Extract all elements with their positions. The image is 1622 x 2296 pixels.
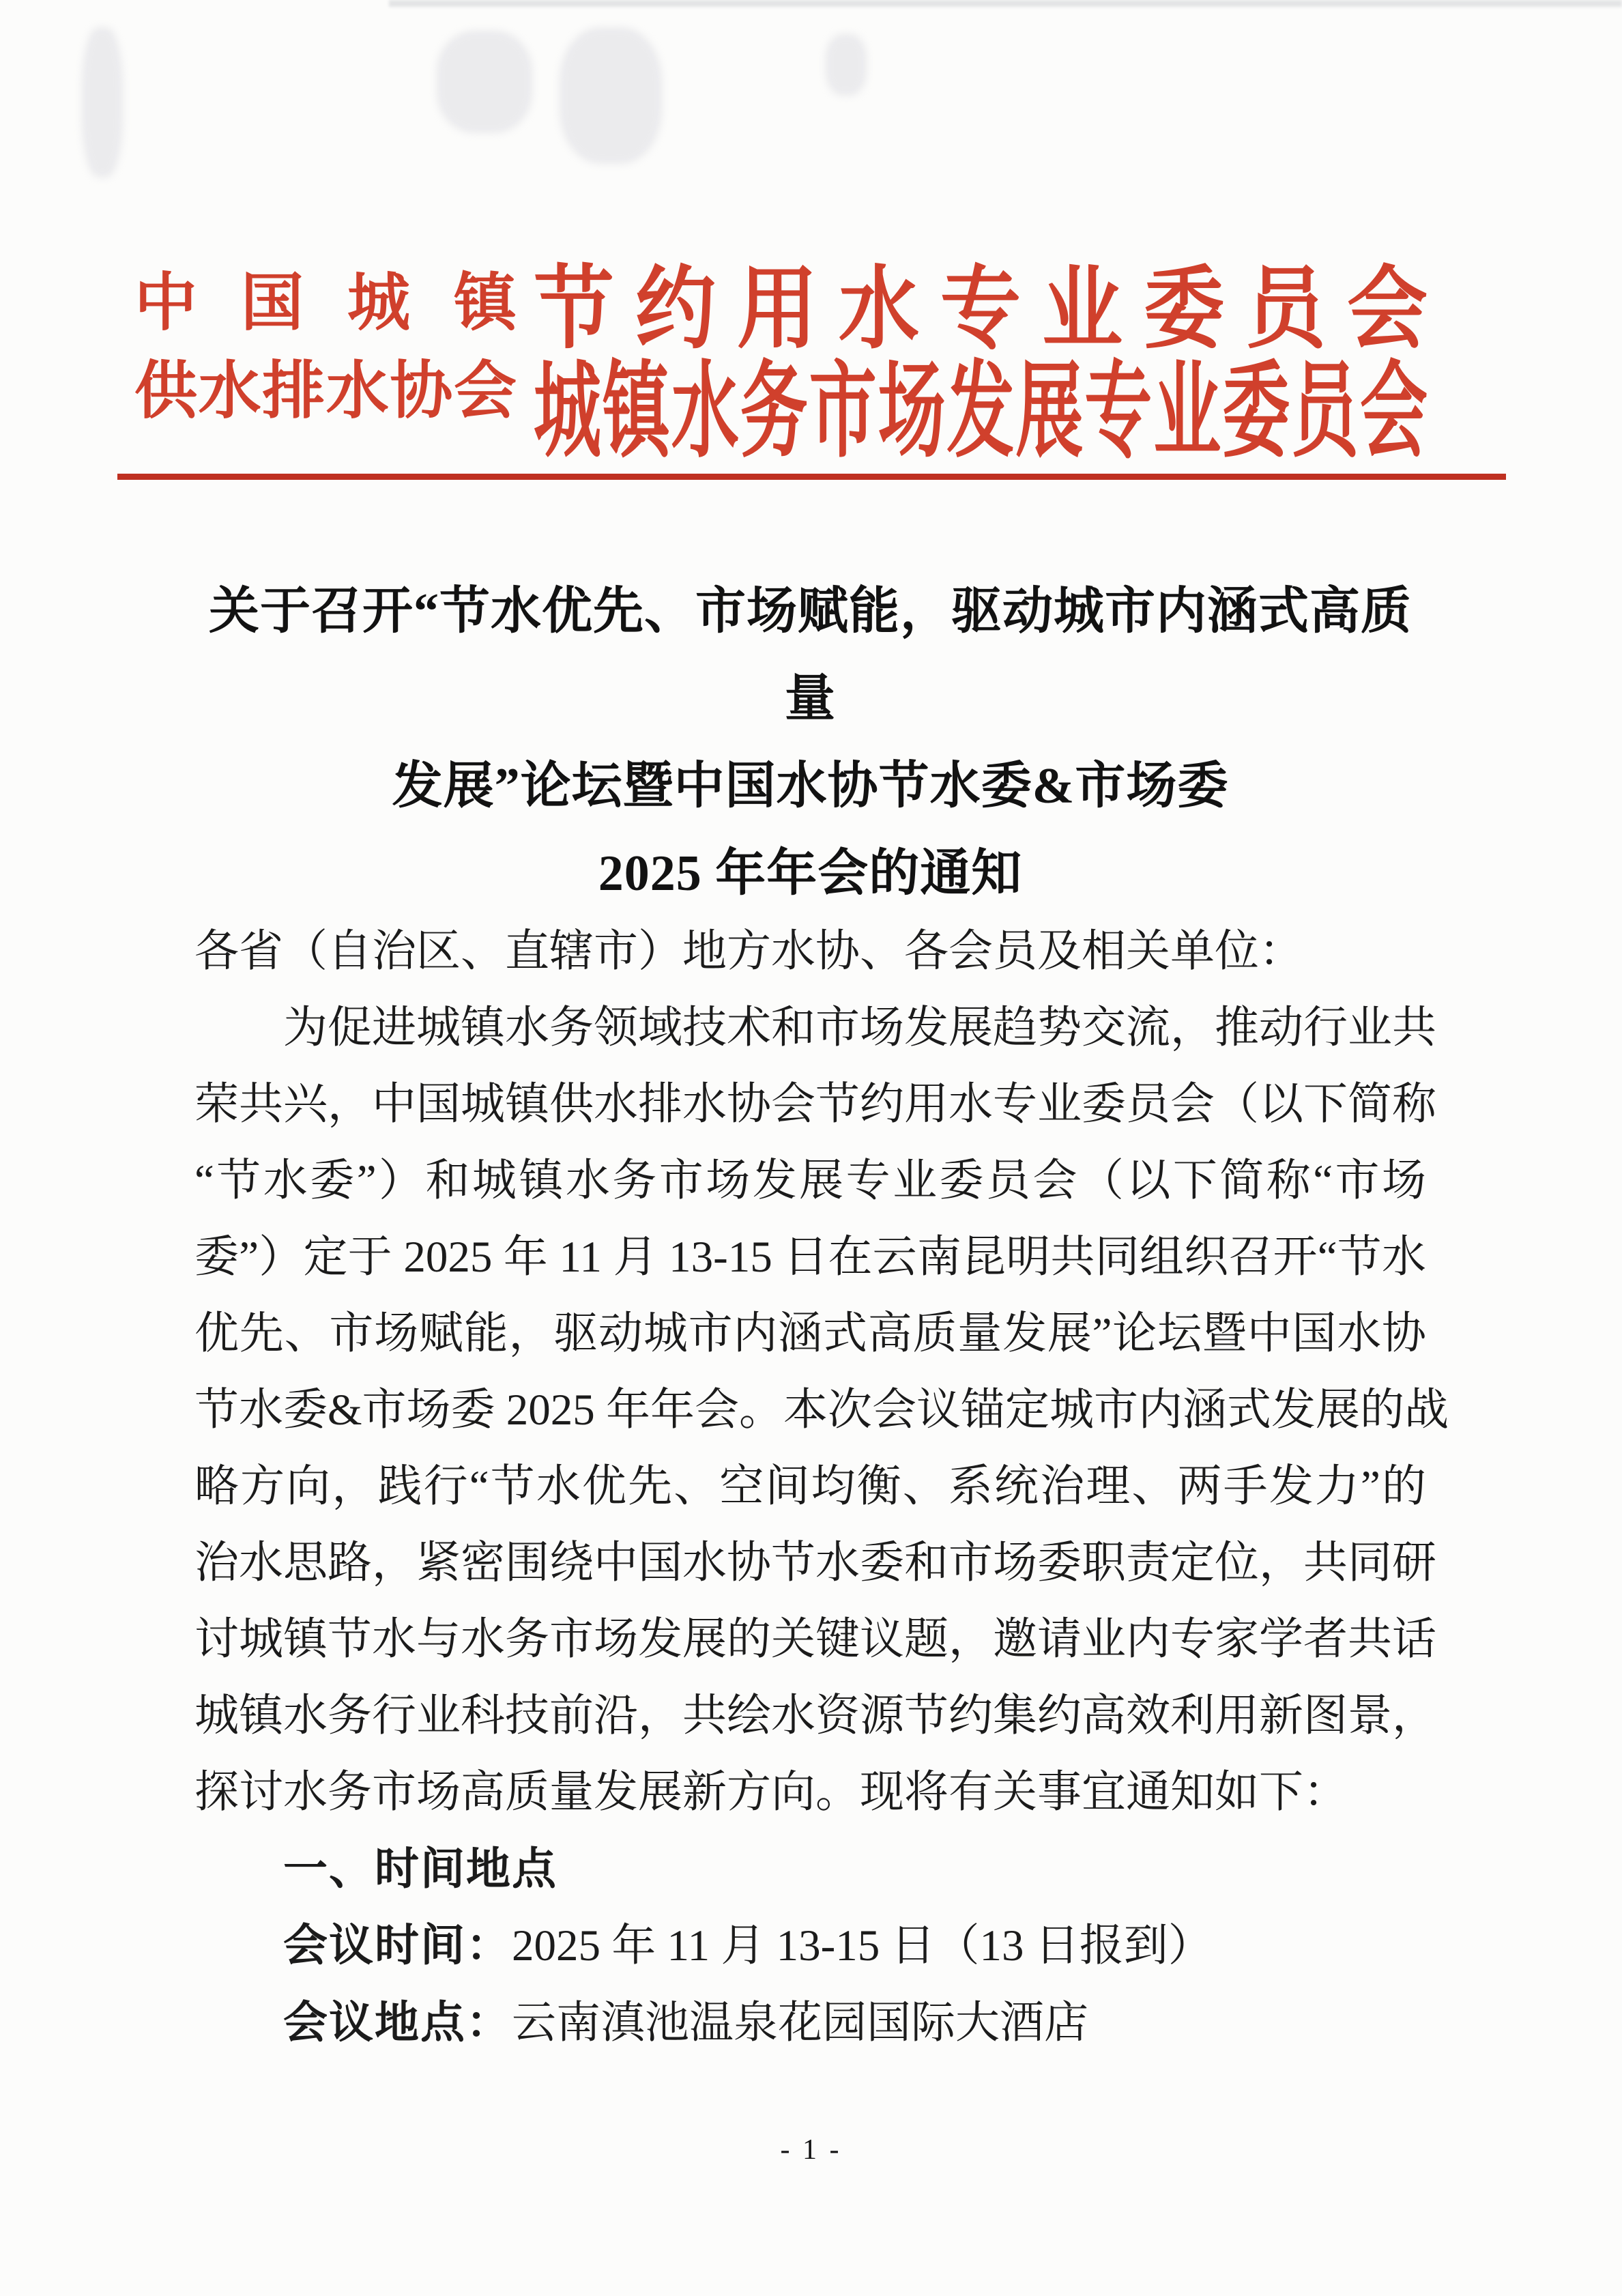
body-line: 探讨水务市场高质量发展新方向。现将有关事宜通知如下：	[194, 1754, 1426, 1831]
meeting-place-value: 云南滇池温泉花园国际大酒店	[512, 1998, 1088, 2048]
body-line: 城镇水务行业科技前沿，共绘水资源节约集约高效利用新图景，	[194, 1678, 1426, 1754]
page-number: - 1 -	[0, 2134, 1622, 2166]
body-line: 荣共兴，中国城镇供水排水协会节约用水专业委员会（以下简称	[194, 1066, 1426, 1143]
scan-artifact	[82, 27, 123, 177]
section-heading-time-place: 一、时间地点	[194, 1831, 1426, 1907]
org-name-left-line2: 供水排水协会	[134, 360, 517, 422]
scan-artifact	[826, 34, 867, 96]
body-line: 治水思路，紧密围绕中国水协节水委和市场委职责定位，共同研	[194, 1525, 1426, 1601]
org-name-left-line1: 中国城镇	[134, 272, 517, 334]
letterhead-rule	[117, 474, 1506, 480]
body-line: 优先、市场赋能，驱动城市内涵式高质量发展”论坛暨中国水协	[194, 1295, 1426, 1372]
document-title: 关于召开“节水优先、市场赋能，驱动城市内涵式高质量 发展”论坛暨中国水协节水委&…	[194, 568, 1426, 917]
scan-artifact	[437, 31, 532, 133]
committee-name-market-dev: 城镇水务市场发展专业委员会	[534, 360, 1428, 465]
body-line: 节水委&市场委 2025 年年会。本次会议锚定城市内涵式发展的战	[194, 1372, 1426, 1448]
title-line-1: 关于召开“节水优先、市场赋能，驱动城市内涵式高质量	[194, 568, 1426, 743]
title-line-3: 2025 年年会的通知	[194, 830, 1426, 917]
document-page: 中国城镇 供水排水协会 节约用水专业委员会 城镇水务市场发展专业委员会 关于召开…	[0, 0, 1622, 2296]
scan-artifact	[389, 0, 1622, 7]
committee-name-water-saving: 节约用水专业委员会	[534, 265, 1428, 355]
scan-artifact	[560, 27, 662, 164]
salutation-line: 各省（自治区、直辖市）地方水协、各会员及相关单位：	[194, 913, 1426, 990]
body-line: 略方向，践行“节水优先、空间均衡、系统治理、两手发力”的	[194, 1448, 1426, 1525]
meeting-place-line: 会议地点：云南滇池温泉花园国际大酒店	[194, 1984, 1426, 2061]
meeting-time-value: 2025 年 11 月 13-15 日（13 日报到）	[512, 1921, 1213, 1970]
meeting-time-label: 会议时间：	[283, 1920, 512, 1970]
body-line: 为促进城镇水务领域技术和市场发展趋势交流，推动行业共	[194, 990, 1426, 1066]
meeting-time-line: 会议时间：2025 年 11 月 13-15 日（13 日报到）	[194, 1907, 1426, 1984]
title-line-2: 发展”论坛暨中国水协节水委&市场委	[194, 743, 1426, 830]
body-line: 讨城镇节水与水务市场发展的关键议题，邀请业内专家学者共话	[194, 1601, 1426, 1678]
notice-body: 各省（自治区、直辖市）地方水协、各会员及相关单位： 为促进城镇水务领域技术和市场…	[194, 913, 1426, 2061]
body-line: “节水委”）和城镇水务市场发展专业委员会（以下简称“市场	[194, 1143, 1426, 1219]
meeting-place-label: 会议地点：	[283, 1997, 512, 2047]
body-line: 委”）定于 2025 年 11 月 13-15 日在云南昆明共同组织召开“节水	[194, 1219, 1426, 1295]
